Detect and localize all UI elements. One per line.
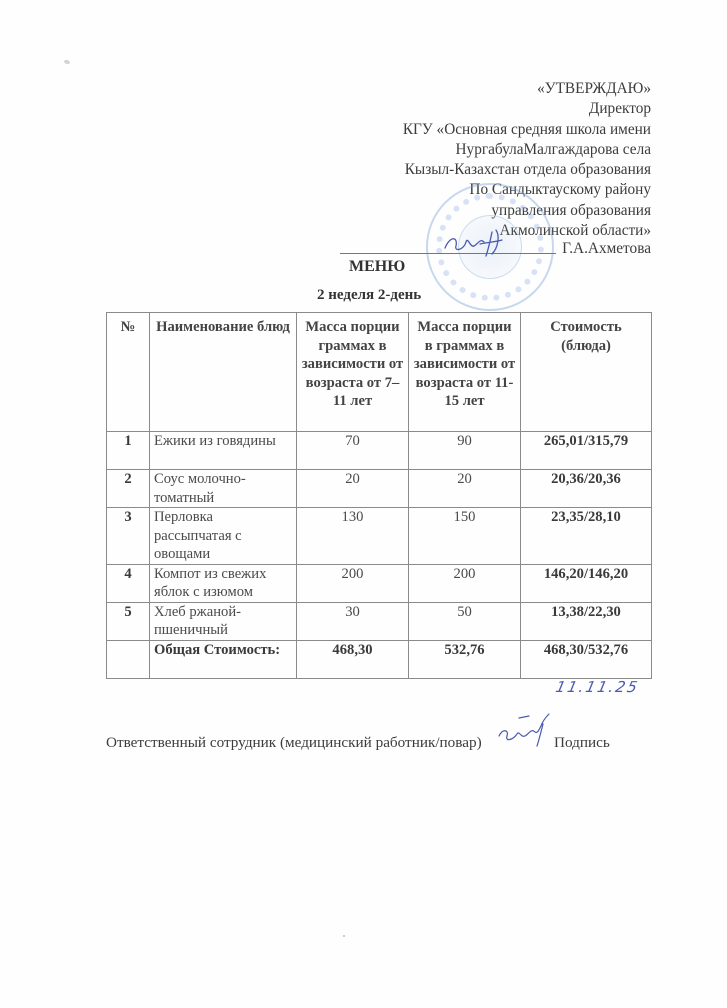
mass-11-15: 20 [409,470,521,508]
scan-speck [343,935,345,937]
page-title: МЕНЮ [349,258,405,276]
row-number: 5 [107,602,150,640]
header-number: № [107,313,150,432]
approval-heading: «УТВЕРЖДАЮ» [403,79,651,99]
approval-org-line: НургабулаМалгаждарова села [403,140,651,160]
document-page: «УТВЕРЖДАЮ» Директор КГУ «Основная средн… [0,0,727,1008]
mass-11-15: 50 [409,602,521,640]
page-subtitle: 2 неделя 2-день [317,287,421,304]
table-header-row: № Наименование блюд Масса порции граммах… [107,313,652,432]
mass-11-15: 90 [409,432,521,470]
handwritten-date: 11.11.25 [554,678,641,696]
dish-name: Соус молочно-томатный [150,470,297,508]
dish-name: Компот из свежих яблок с изюмом [150,564,297,602]
dish-name: Хлеб ржаной-пшеничный [150,602,297,640]
mass-7-11: 130 [297,508,409,565]
dish-name: Перловка рассыпчатая с овощами [150,508,297,565]
header-mass-7-11: Масса порции граммах в зависимости от во… [297,313,409,432]
dish-cost: 265,01/315,79 [521,432,652,470]
approval-org-line: КГУ «Основная средняя школа имени [403,120,651,140]
director-signature-icon [440,228,515,258]
dish-cost: 20,36/20,36 [521,470,652,508]
mass-7-11: 20 [297,470,409,508]
director-name: Г.А.Ахметова [562,240,651,258]
row-number: 2 [107,470,150,508]
table-row: 3 Перловка рассыпчатая с овощами 130 150… [107,508,652,565]
mass-7-11: 200 [297,564,409,602]
approval-position: Директор [403,99,651,119]
scan-speck [63,59,70,65]
row-number: 4 [107,564,150,602]
total-11-15: 532,76 [409,640,521,678]
responsible-signature-icon [495,712,555,748]
mass-7-11: 70 [297,432,409,470]
menu-table: № Наименование блюд Масса порции граммах… [106,312,652,679]
header-dish-name: Наименование блюд [150,313,297,432]
total-cost: 468,30/532,76 [521,640,652,678]
row-number: 3 [107,508,150,565]
total-7-11: 468,30 [297,640,409,678]
mass-7-11: 30 [297,602,409,640]
row-number: 1 [107,432,150,470]
dish-cost: 146,20/146,20 [521,564,652,602]
dish-cost: 13,38/22,30 [521,602,652,640]
header-mass-11-15: Масса порции в граммах в зависимости от … [409,313,521,432]
table-row: 4 Компот из свежих яблок с изюмом 200 20… [107,564,652,602]
total-empty-cell [107,640,150,678]
mass-11-15: 150 [409,508,521,565]
approval-org-line: Кызыл-Казахстан отдела образования [403,160,651,180]
table-row: 5 Хлеб ржаной-пшеничный 30 50 13,38/22,3… [107,602,652,640]
dish-cost: 23,35/28,10 [521,508,652,565]
table-row: 2 Соус молочно-томатный 20 20 20,36/20,3… [107,470,652,508]
table-total-row: Общая Стоимость: 468,30 532,76 468,30/53… [107,640,652,678]
total-label: Общая Стоимость: [150,640,297,678]
signature-label: Подпись [554,734,610,752]
dish-name: Ежики из говядины [150,432,297,470]
table-row: 1 Ежики из говядины 70 90 265,01/315,79 [107,432,652,470]
responsible-employee-label: Ответственный сотрудник (медицинский раб… [106,734,482,752]
header-cost: Стоимость (блюда) [521,313,652,432]
mass-11-15: 200 [409,564,521,602]
